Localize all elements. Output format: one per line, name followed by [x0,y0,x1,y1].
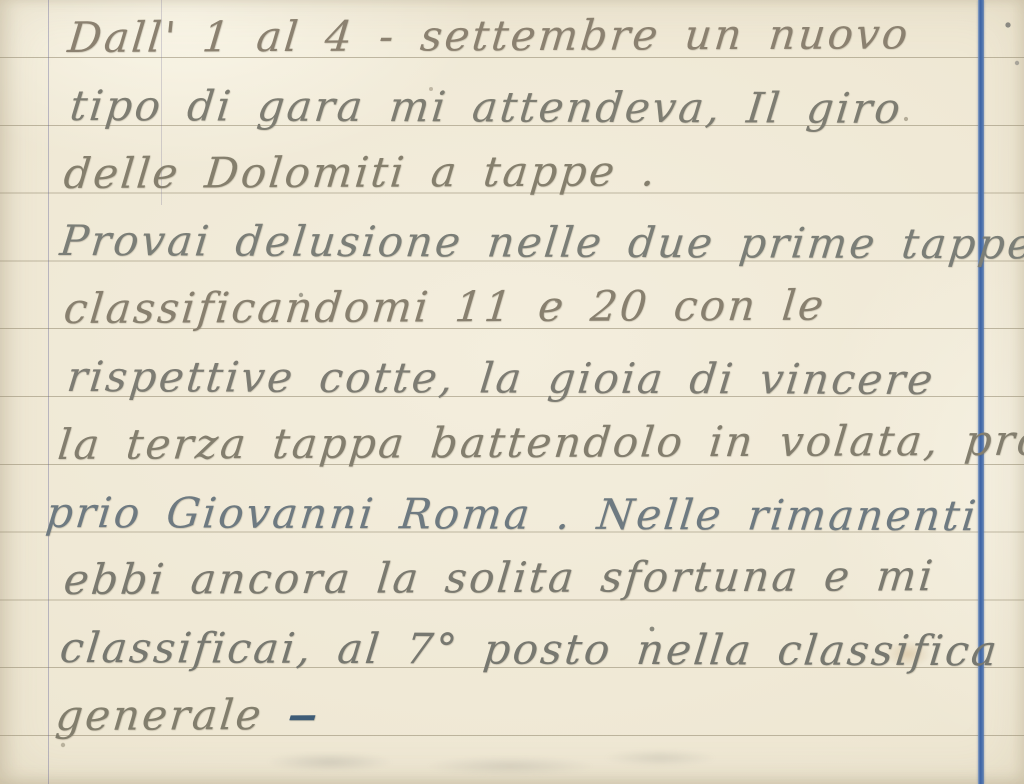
handwritten-line-6: rispettive cotte, la gioia di vincere [64,343,939,414]
handwritten-line-7: la terza tappa battendolo in volata, pro [55,406,1024,478]
left-margin-rule [48,0,49,784]
handwritten-line-3: delle Dolomiti a tappe . [61,137,661,208]
handwritten-line-4: Provai delusione nelle due prime tappe [57,207,1024,278]
end-dash-mark: ‒ [286,690,320,739]
right-margin-line [978,0,984,784]
handwritten-line-10: classificai, al 7° posto nella classific… [57,614,1003,685]
handwritten-text: Dall' 1 al 4 - settembre un nuovotipo di… [0,0,1024,784]
notebook-page: Dall' 1 al 4 - settembre un nuovotipo di… [0,0,1024,784]
show-through-ghost [150,742,750,782]
left-inner-rule [161,0,162,205]
handwritten-line-1: Dall' 1 al 4 - settembre un nuovo [65,0,914,72]
handwritten-line-9: ebbi ancora la solita sfortuna e mi [61,543,939,615]
handwritten-line-8: prio Giovanni Roma . Nelle rimanenti [43,479,982,550]
ink-specks [0,0,2,2]
handwritten-line-5: classificandomi 11 e 20 con le [61,272,829,343]
ruled-lines [0,57,1024,737]
handwritten-line-11: generale ‒ [53,681,321,750]
paper-stain [885,640,931,668]
handwritten-line-2: tipo di gara mi attendeva, Il giro [67,72,907,143]
